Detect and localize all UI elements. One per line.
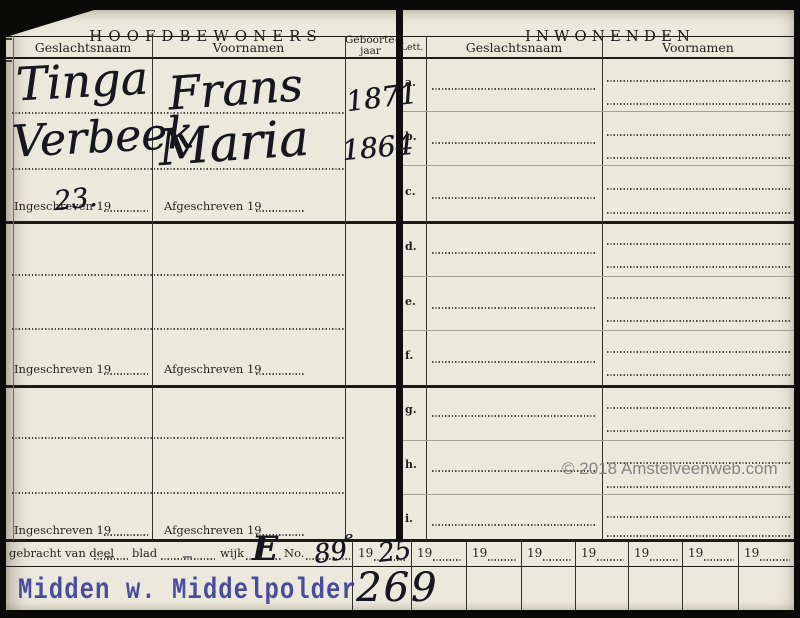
dotted-line [432, 197, 597, 199]
year-cell-label-6: 19 [688, 546, 703, 560]
scanned-register-page: HOOFDBEWONERS INWONENDEN Geslachtsnaam V… [0, 0, 800, 618]
transfer-blad-value: ‒ [182, 548, 192, 564]
dotted-line [432, 142, 597, 144]
rule [738, 541, 739, 610]
rule [403, 330, 794, 331]
dotted-line [704, 559, 734, 561]
rule [403, 111, 794, 112]
dotted-line [607, 80, 790, 82]
rule [403, 494, 794, 495]
dotted-line [12, 274, 345, 276]
dotted-line [432, 524, 597, 526]
dotted-line [432, 415, 597, 417]
rule [403, 440, 794, 441]
dotted-line [607, 320, 790, 322]
entry-firstname-2: Maria [156, 113, 310, 173]
dotted-line [607, 516, 790, 518]
dotted-line [607, 351, 790, 353]
dotted-line [432, 307, 597, 309]
dotted-line [607, 157, 790, 159]
entry-birthyear-2: 1864 [341, 131, 414, 165]
rule [682, 541, 683, 610]
dotted-line [12, 437, 345, 439]
letter-row-c: c. [405, 185, 416, 198]
column-header-geslachtsnaam-right: Geslachtsnaam [426, 40, 602, 55]
entry-surname-1: Tinga [15, 55, 149, 108]
dotted-line [488, 559, 516, 561]
year-cell-label-1: 19 [417, 546, 432, 560]
dotted-line [12, 492, 345, 494]
dotted-line [12, 328, 345, 330]
letter-row-h: h. [405, 458, 417, 471]
paper: HOOFDBEWONERS INWONENDEN Geslachtsnaam V… [6, 10, 794, 610]
letter-row-d: d. [405, 240, 417, 253]
letter-row-b: b. [405, 130, 417, 143]
year-cell-label-4: 19 [581, 546, 596, 560]
register-number: 269 [356, 568, 438, 608]
dotted-line [433, 559, 461, 561]
dotted-line [432, 88, 597, 90]
dotted-line [607, 407, 790, 409]
dotted-line [607, 243, 790, 245]
watermark: © 2018 Amstelveenweb.com [562, 459, 778, 479]
letter-row-a: a. [405, 76, 416, 89]
dotted-line [256, 373, 304, 375]
year-cell-label-0: 19 [358, 546, 373, 560]
afgeschreven-label-3: Afgeschreven 19 [164, 523, 262, 537]
rule [403, 165, 794, 166]
dotted-line [597, 559, 624, 561]
year-cell-value-0: 25 [377, 537, 413, 567]
column-header-voornamen: Voornamen [152, 40, 345, 55]
rule [628, 541, 629, 610]
rule [466, 541, 467, 610]
ingeschreven-value-1: 23. [53, 184, 99, 215]
letter-row-f: f. [405, 349, 413, 362]
transfer-wijk-value: E [252, 532, 278, 566]
letter-row-g: g. [405, 403, 417, 416]
year-cell-label-7: 19 [744, 546, 759, 560]
letter-row-i: i. [405, 512, 413, 525]
afgeschreven-label-1: Afgeschreven 19 [164, 199, 262, 213]
afgeschreven-label-2: Afgeschreven 19 [164, 362, 262, 376]
rule [345, 36, 346, 540]
dotted-line [607, 374, 790, 376]
dotted-line [432, 361, 597, 363]
dotted-line [607, 103, 790, 105]
transfer-deel-value: ‒ [104, 548, 114, 564]
rule [521, 541, 522, 610]
ingeschreven-label-3: Ingeschreven 19 [14, 523, 111, 537]
dotted-line [104, 210, 148, 212]
column-header-geboortejaar: Geboorte-jaar [345, 35, 396, 57]
year-cell-label-5: 19 [634, 546, 649, 560]
dotted-line [432, 252, 597, 254]
dotted-line [256, 210, 304, 212]
dotted-line [760, 559, 790, 561]
municipality-stamp: Midden w. Middelpolder [18, 574, 357, 608]
dotted-line [650, 559, 678, 561]
dotted-line [104, 534, 148, 536]
year-cell-label-2: 19 [472, 546, 487, 560]
dotted-line [607, 535, 790, 537]
transfer-label-blad: blad [132, 546, 157, 560]
dotted-line [543, 559, 571, 561]
ingeschreven-label-2: Ingeschreven 19 [14, 362, 111, 376]
dotted-line [607, 212, 790, 214]
dotted-line [607, 486, 790, 488]
dotted-line [104, 373, 148, 375]
rule [403, 276, 794, 277]
letter-row-e: e. [405, 295, 416, 308]
transfer-label-wijk: wijk [220, 546, 244, 560]
year-cell-label-3: 19 [527, 546, 542, 560]
transfer-label-no: No. [284, 546, 304, 560]
column-header-lett: Lett. [398, 42, 426, 53]
column-header-voornamen-right: Voornamen [602, 40, 794, 55]
dotted-line [607, 134, 790, 136]
rule [575, 541, 576, 610]
dotted-line [607, 188, 790, 190]
dotted-line [607, 297, 790, 299]
dotted-line [607, 430, 790, 432]
dotted-line [607, 266, 790, 268]
